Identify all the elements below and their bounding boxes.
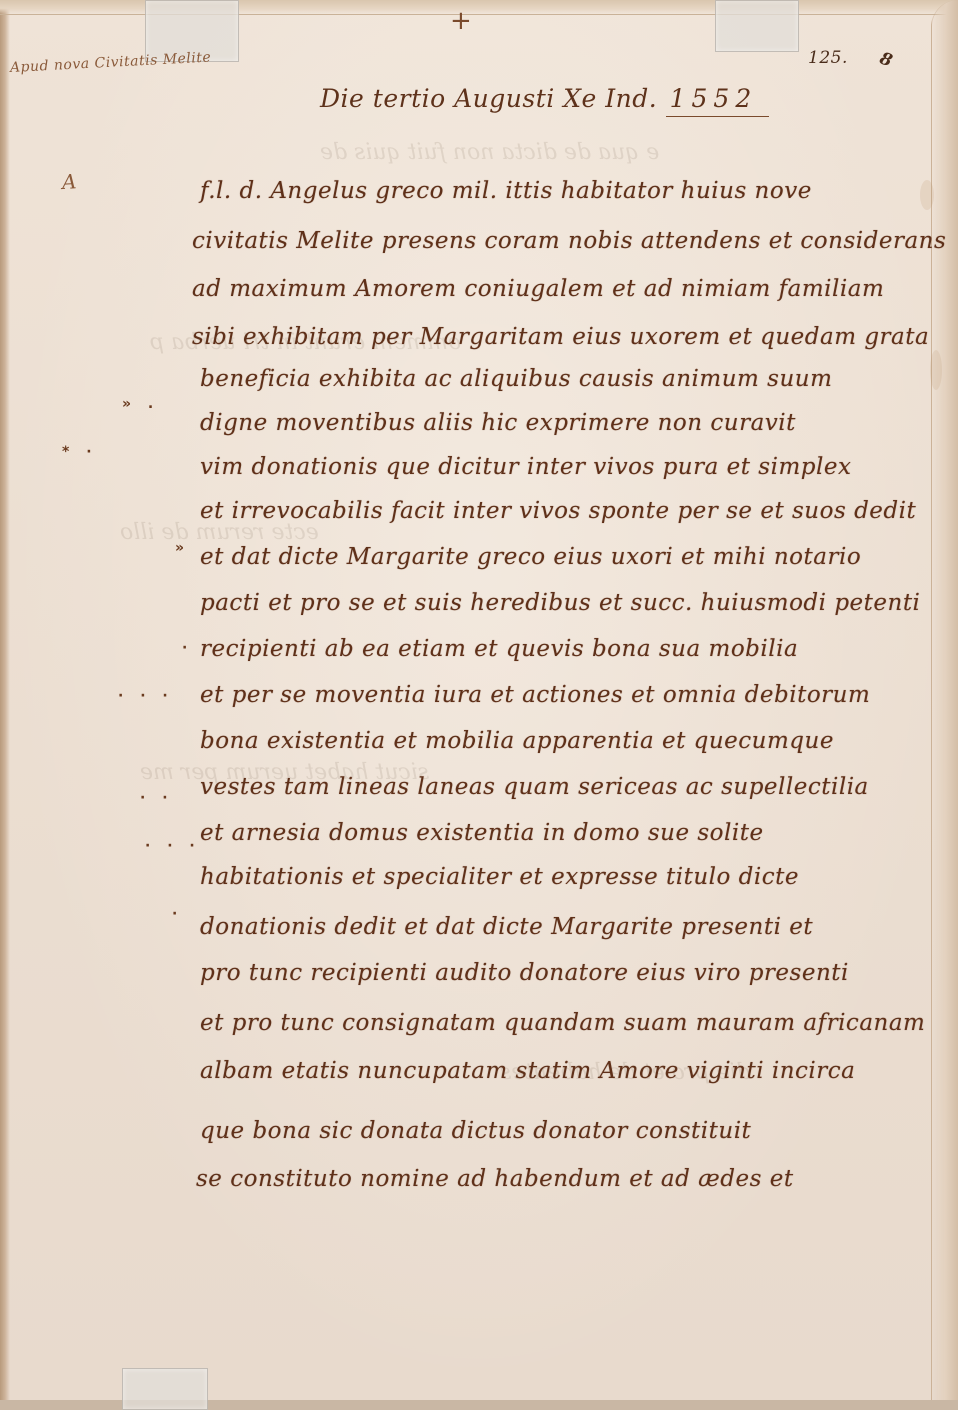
date-heading-text: Die tertio Augusti Xe Ind. — [320, 84, 657, 113]
margin-dot-mark: · — [172, 906, 183, 922]
margin-title: Apud nova Civitatis Melite — [10, 49, 212, 76]
text-line: donationis dedit et dat dicte Margarite … — [200, 914, 813, 940]
top-cross-mark: + — [450, 6, 472, 36]
text-line: f.l. d. Angelus greco mil. ittis habitat… — [200, 178, 812, 204]
text-line: civitatis Melite presens coram nobis att… — [192, 228, 946, 254]
margin-dot-mark: » . — [122, 396, 159, 412]
text-line: et pro tunc consignatam quandam suam mau… — [200, 1010, 925, 1036]
text-line: sibi exhibitam per Margaritam eius uxore… — [192, 324, 929, 350]
paper-stain — [930, 350, 942, 390]
text-line: et arnesia domus existentia in domo sue … — [200, 820, 764, 846]
manuscript-page: e qua de dicta non fuit quis de ommem er… — [0, 0, 958, 1400]
text-line: recipienti ab ea etiam et quevis bona su… — [200, 636, 798, 662]
left-margin-mark: A — [61, 169, 77, 194]
text-line: que bona sic donata dictus donator const… — [200, 1118, 751, 1144]
text-line: et irrevocabilis facit inter vivos spont… — [200, 498, 916, 524]
text-line: et dat dicte Margarite greco eius uxori … — [200, 544, 861, 570]
tape-tab-top-right — [715, 0, 799, 52]
text-line: pro tunc recipienti audito donatore eius… — [200, 960, 849, 986]
text-line: digne moventibus aliis hic exprimere non… — [200, 410, 796, 436]
text-line: bona existentia et mobilia apparentia et… — [200, 728, 834, 754]
margin-dot-mark: · · · — [118, 688, 174, 704]
date-year: 1552 — [666, 84, 770, 117]
margin-dot-mark: * · — [62, 444, 98, 460]
text-line: vestes tam lineas laneas quam sericeas a… — [200, 774, 869, 800]
folio-number: 125. — [808, 48, 848, 68]
text-line: albam etatis nuncupatam statim Amore vig… — [200, 1058, 855, 1084]
text-line: habitationis et specialiter et expresse … — [200, 864, 799, 890]
text-line: et per se moventia iura et actiones et o… — [200, 682, 870, 708]
margin-dot-mark: · · · — [145, 838, 201, 854]
page-top-edge — [0, 0, 958, 15]
page-right-edge — [931, 0, 958, 1400]
text-line: se constituto nomine ad habendum et ad æ… — [196, 1166, 794, 1192]
text-line: pacti et pro se et suis heredibus et suc… — [200, 590, 920, 616]
text-line: vim donationis que dicitur inter vivos p… — [200, 454, 851, 480]
bleed-through-text: e qua de dicta non fuit quis de — [320, 140, 659, 165]
margin-dot-mark: · — [182, 640, 193, 656]
margin-dot-mark: · · — [140, 790, 174, 806]
text-line: beneficia exhibita ac aliquibus causis a… — [200, 366, 832, 392]
corner-mark: 8 — [877, 48, 895, 71]
margin-dot-mark: » — [175, 540, 190, 556]
date-heading: Die tertio Augusti Xe Ind. 1552 — [320, 84, 769, 113]
text-line: ad maximum Amorem coniugalem et ad nimia… — [192, 276, 884, 302]
tape-tab-bottom-left — [122, 1368, 208, 1400]
binding-edge — [0, 0, 10, 1400]
paper-stain — [920, 180, 934, 210]
